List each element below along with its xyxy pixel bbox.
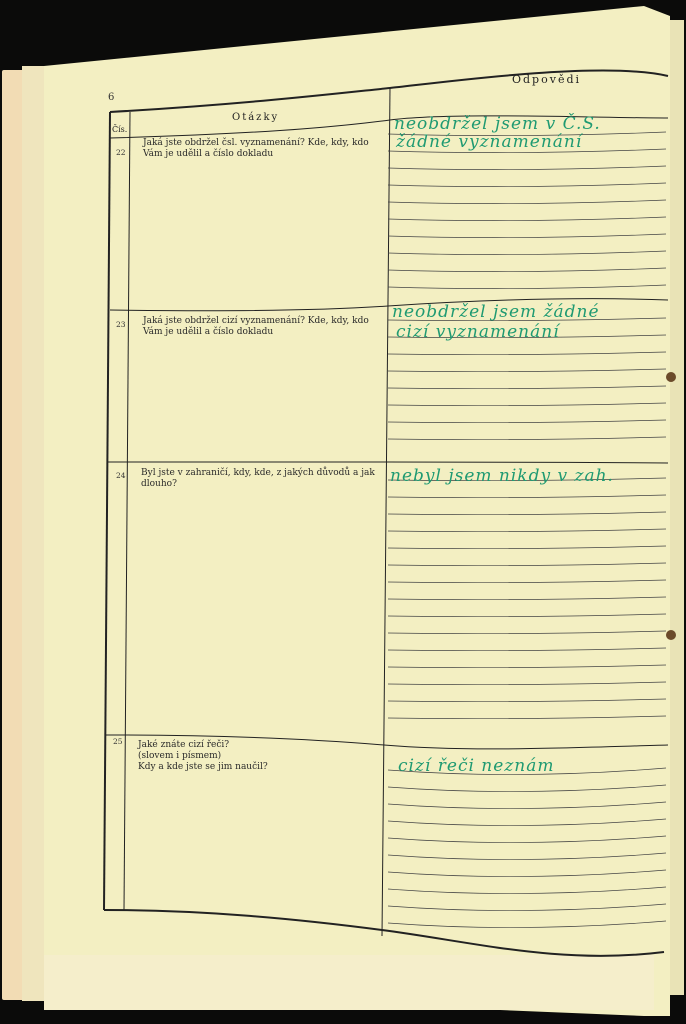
questions-column-header: Otázky — [232, 112, 279, 123]
handwritten-answer: neobdržel jsem žádné — [392, 302, 600, 322]
row-number: 23 — [116, 320, 126, 329]
question-text: Jaká jste obdržel cizí vyznamenání? Kde,… — [143, 316, 388, 338]
row-number: 22 — [116, 148, 126, 157]
handwritten-answer: neobdržel jsem v Č.S. — [394, 114, 601, 134]
binder-hole — [666, 372, 676, 382]
question-line: Kdy a kde jste se jim naučil? — [138, 762, 383, 773]
question-text: Jaká jste obdržel čsl. vyznamenání? Kde,… — [143, 138, 388, 160]
question-text: Byl jste v zahraničí, kdy, kde, z jakých… — [141, 468, 386, 490]
page-number: 6 — [108, 92, 114, 103]
handwritten-answer: žádné vyznamenání — [396, 132, 582, 152]
handwritten-answer: nebyl jsem nikdy v zah. — [390, 466, 614, 486]
handwritten-answer: cizí řeči neznám — [398, 756, 554, 776]
question-line: Jaké znáte cizí řeči? — [138, 740, 383, 751]
handwritten-answer: cizí vyznamenání — [396, 322, 560, 342]
number-column-header: Čís. — [112, 125, 127, 134]
question-line: (slovem i písmem) — [138, 751, 383, 762]
answers-column-header: Odpovědi — [512, 73, 581, 86]
question-text: Jaké znáte cizí řeči? (slovem i písmem) … — [138, 740, 383, 773]
row-number: 25 — [113, 737, 123, 746]
row-number: 24 — [116, 471, 126, 480]
binder-hole — [666, 630, 676, 640]
